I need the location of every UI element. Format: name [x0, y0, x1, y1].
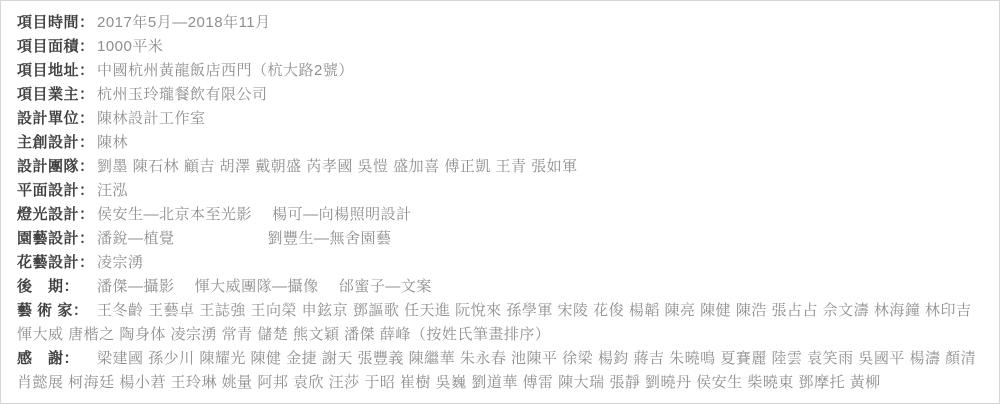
credit-row-graphic-design: 平面設計：汪泓	[17, 179, 985, 203]
credit-value: 陳林設計工作室	[97, 110, 206, 127]
credit-value: 潘傑—攝影 惲大威團隊—攝像 邰蜜子—文案	[97, 278, 432, 295]
credit-value: 劉墨 陳石林 顧吉 胡澤 戴朝盛 芮孝國 吳愷 盛加喜 傅正凱 王青 張如軍	[97, 158, 578, 175]
credit-value: 汪泓	[97, 182, 128, 199]
credit-row-garden-design: 園藝設計：潘銳—植覺 劉豐生—無舍園藝	[17, 227, 985, 251]
credit-label: 平面設計：	[17, 179, 97, 203]
credit-label: 主創設計：	[17, 131, 97, 155]
credit-value: 1000平米	[97, 38, 163, 55]
credit-label: 花藝設計：	[17, 251, 97, 275]
credit-value: 梁建國 孫少川 陳耀光 陳健 金捷 謝天 張豐義 陳繼華 朱永春 池陳平 徐梁 …	[17, 350, 981, 391]
credit-label: 燈光設計：	[17, 203, 97, 227]
credit-label: 項目地址：	[17, 59, 97, 83]
credit-row-design-team: 設計團隊：劉墨 陳石林 顧吉 胡澤 戴朝盛 芮孝國 吳愷 盛加喜 傅正凱 王青 …	[17, 155, 985, 179]
credit-row-floral-design: 花藝設計：凌宗湧	[17, 251, 985, 275]
credit-label: 園藝設計：	[17, 227, 97, 251]
credit-row-chief-designer: 主創設計：陳林	[17, 131, 985, 155]
credit-label: 設計單位：	[17, 107, 97, 131]
credit-row-lighting-design: 燈光設計：侯安生—北京本至光影 楊可—向楊照明設計	[17, 203, 985, 227]
credit-label: 藝 術 家：	[17, 299, 97, 323]
credits-panel: 項目時間：2017年5月—2018年11月 項目面積：1000平米 項目地址：中…	[0, 0, 1000, 404]
credit-row-design-firm: 設計單位：陳林設計工作室	[17, 107, 985, 131]
credit-value: 侯安生—北京本至光影 楊可—向楊照明設計	[97, 206, 412, 223]
credit-label: 項目面積：	[17, 35, 97, 59]
credit-label: 項目時間：	[17, 11, 97, 35]
credit-label: 後 期：	[17, 275, 97, 299]
credit-row-artists: 藝 術 家：王冬齡 王藝卓 王誌強 王向榮 申鉉京 鄧謳歌 任天進 阮悅來 孫學…	[17, 299, 985, 347]
credit-row-project-address: 項目地址：中國杭州黃龍飯店西門（杭大路2號）	[17, 59, 985, 83]
credit-row-project-owner: 項目業主：杭州玉玲瓏餐飲有限公司	[17, 83, 985, 107]
credit-label: 項目業主：	[17, 83, 97, 107]
credit-value: 王冬齡 王藝卓 王誌強 王向榮 申鉉京 鄧謳歌 任天進 阮悅來 孫學軍 宋陵 花…	[17, 302, 976, 343]
credit-value: 潘銳—植覺 劉豐生—無舍園藝	[97, 230, 392, 247]
credit-row-acknowledgements: 感 謝：梁建國 孫少川 陳耀光 陳健 金捷 謝天 張豐義 陳繼華 朱永春 池陳平…	[17, 347, 985, 395]
credit-value: 杭州玉玲瓏餐飲有限公司	[97, 86, 268, 103]
credit-label: 設計團隊：	[17, 155, 97, 179]
credit-row-project-area: 項目面積：1000平米	[17, 35, 985, 59]
credit-value: 2017年5月—2018年11月	[97, 14, 271, 31]
credit-value: 凌宗湧	[97, 254, 144, 271]
credit-value: 陳林	[97, 134, 128, 151]
credit-row-project-time: 項目時間：2017年5月—2018年11月	[17, 11, 985, 35]
credit-label: 感 謝：	[17, 347, 97, 371]
credit-value: 中國杭州黃龍飯店西門（杭大路2號）	[97, 62, 354, 79]
credit-row-post-production: 後 期：潘傑—攝影 惲大威團隊—攝像 邰蜜子—文案	[17, 275, 985, 299]
